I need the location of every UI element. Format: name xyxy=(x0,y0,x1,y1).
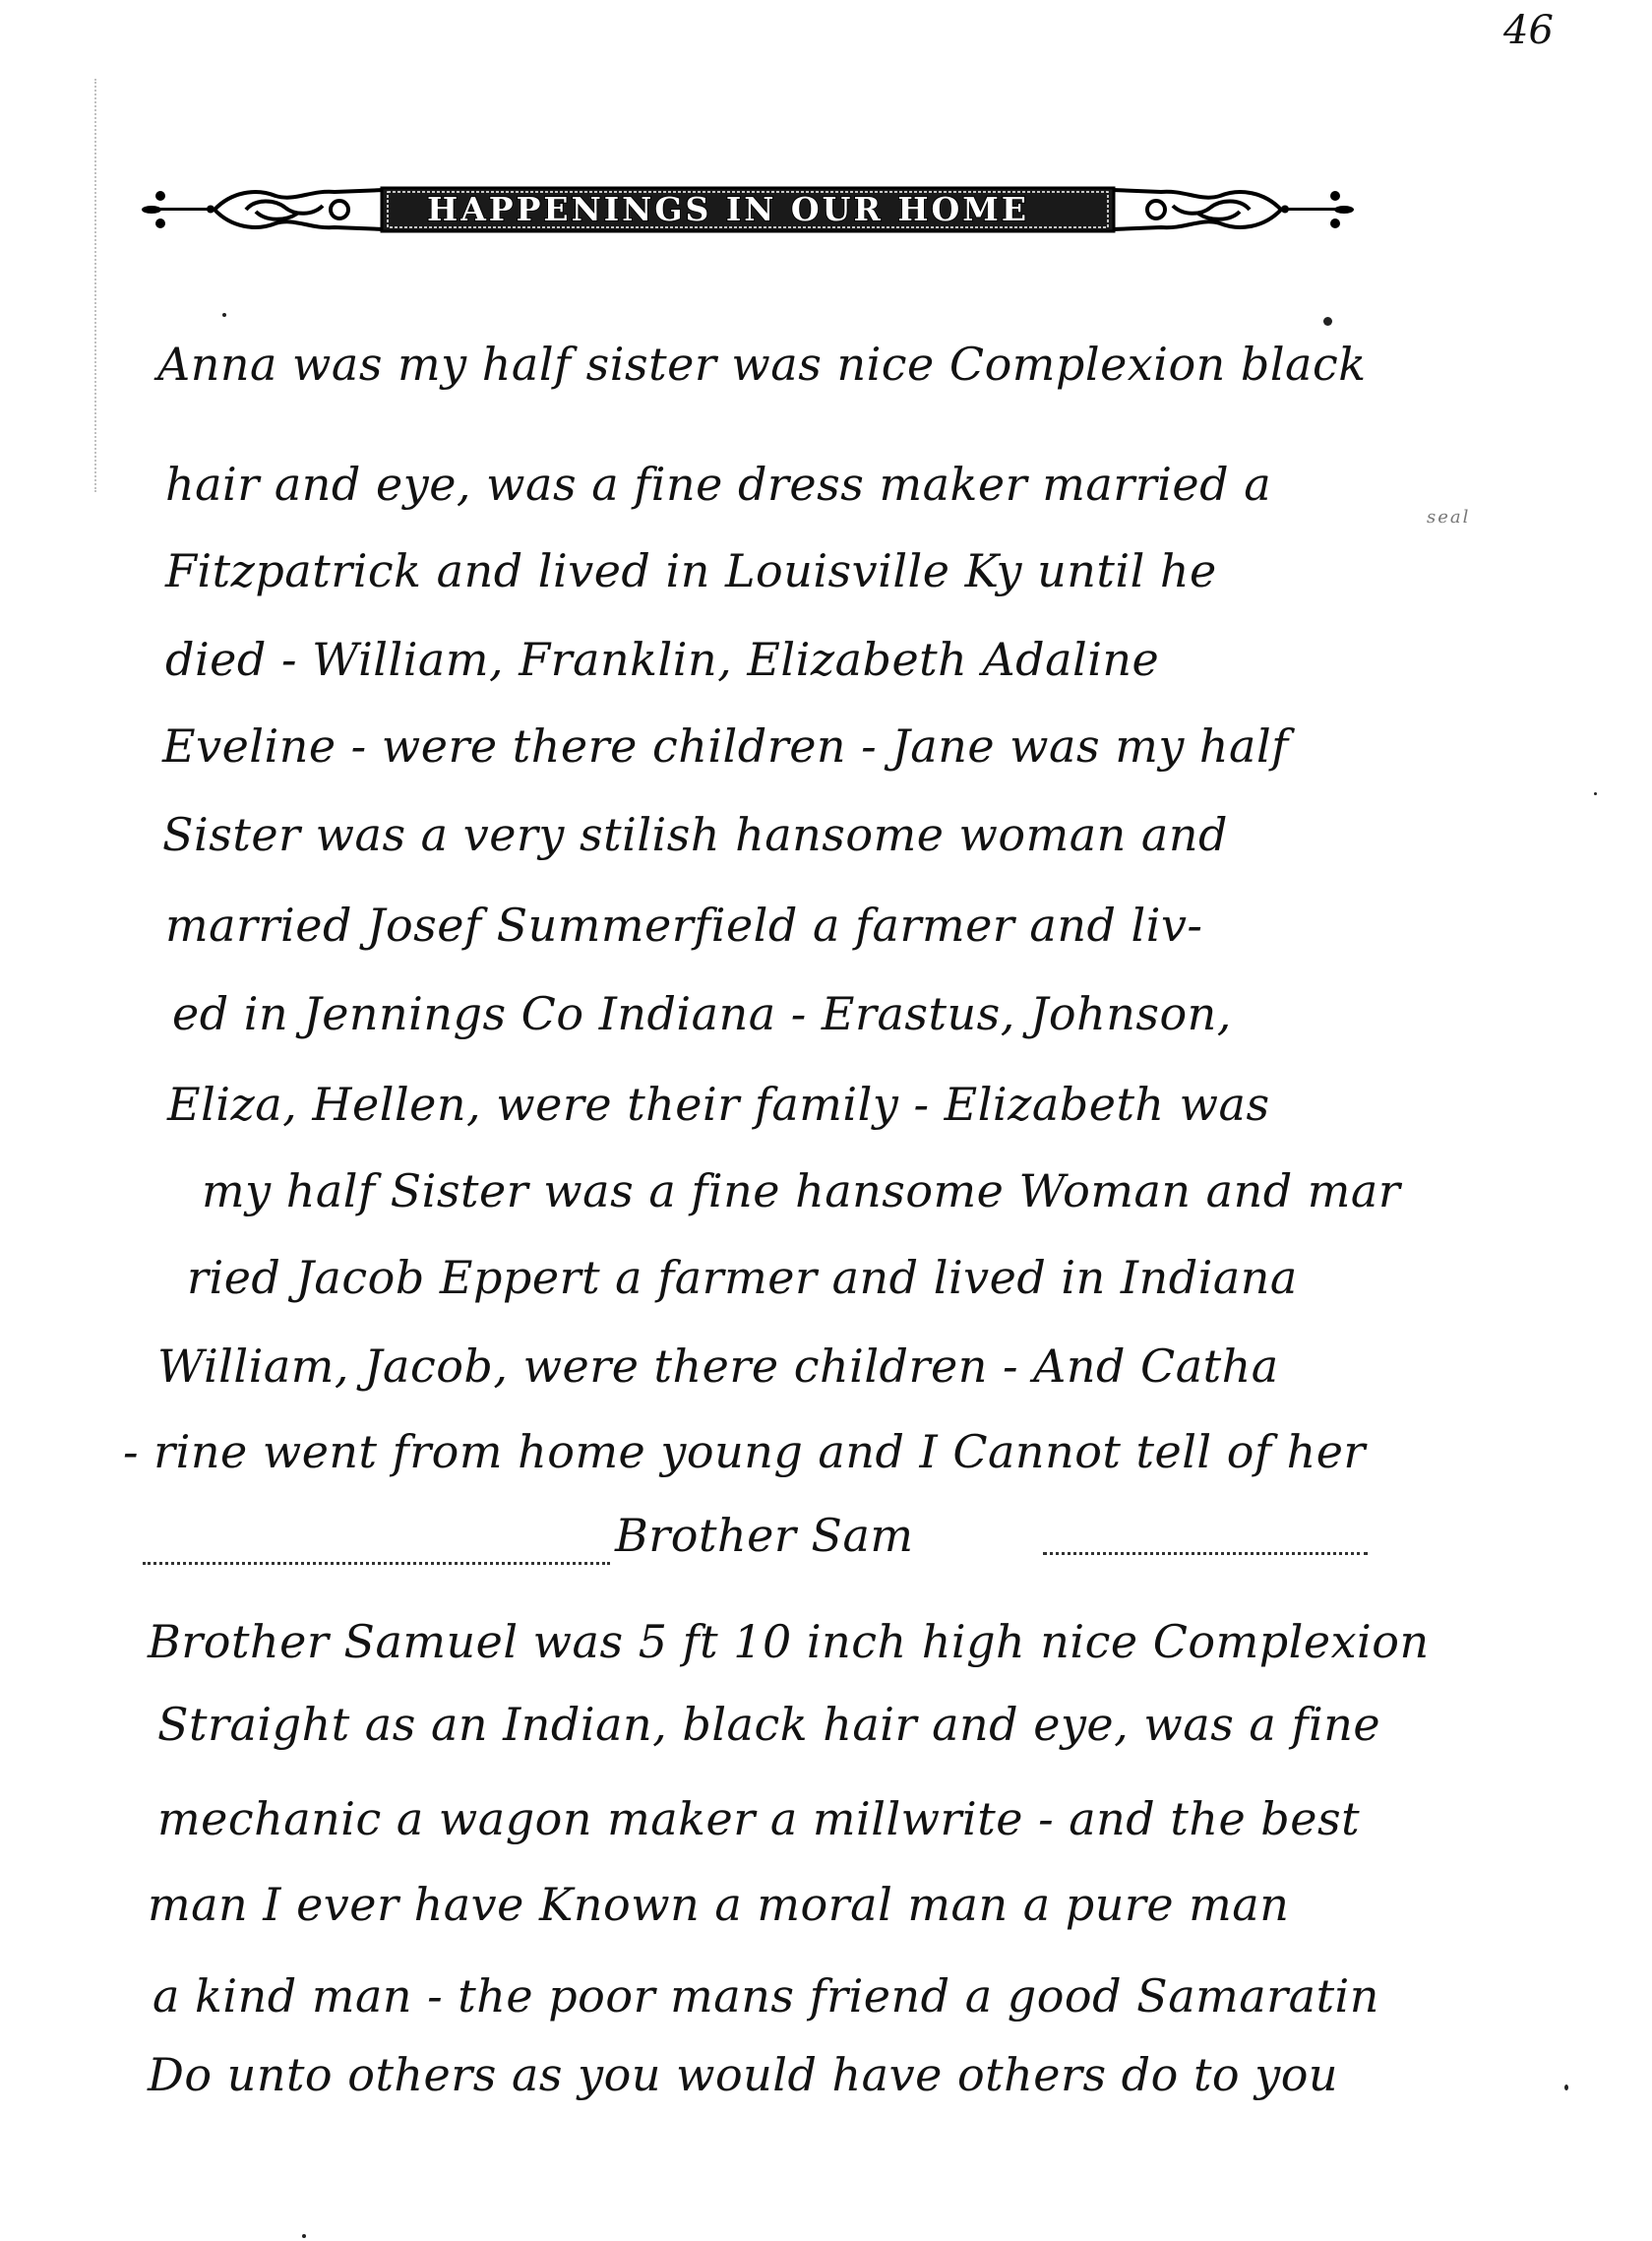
manuscript-line: Eliza, Hellen, were their family - Eliza… xyxy=(167,1075,1270,1134)
manuscript-line: my half Sister was a fine hansome Woman … xyxy=(202,1161,1400,1220)
heading-rule-left xyxy=(143,1562,610,1565)
scan-speck xyxy=(1564,2085,1568,2090)
scan-speck xyxy=(302,2234,306,2238)
heading-rule-right xyxy=(1043,1552,1368,1555)
manuscript-line: Fitzpatrick and lived in Louisville Ky u… xyxy=(165,541,1217,600)
manuscript-line: mechanic a wagon maker a millwrite - and… xyxy=(157,1789,1360,1848)
manuscript-line: a kind man - the poor mans friend a good… xyxy=(153,1966,1379,2025)
scan-speck xyxy=(1323,317,1332,326)
manuscript-line: man I ever have Known a moral man a pure… xyxy=(148,1875,1289,1934)
manuscript-line: hair and eye, was a fine dress maker mar… xyxy=(165,455,1271,514)
manuscript-line: William, Jacob, were there children - An… xyxy=(157,1337,1279,1396)
manuscript-line: - rine went from home young and I Cannot… xyxy=(123,1422,1366,1481)
scan-speck xyxy=(222,313,226,317)
section-heading: Brother Sam xyxy=(615,1506,914,1565)
manuscript-line: ried Jacob Eppert a farmer and lived in … xyxy=(187,1248,1298,1307)
manuscript-line: married Josef Summerfield a farmer and l… xyxy=(165,896,1202,955)
manuscript-body: Anna was my half sister was nice Complex… xyxy=(0,0,1652,2241)
manuscript-line: ed in Jennings Co Indiana - Erastus, Joh… xyxy=(172,984,1232,1043)
manuscript-line: Brother Samuel was 5 ft 10 inch high nic… xyxy=(148,1612,1430,1671)
manuscript-line: Eveline - were there children - Jane was… xyxy=(162,716,1289,776)
manuscript-line: Anna was my half sister was nice Complex… xyxy=(157,335,1367,394)
manuscript-page: 46 xyxy=(0,0,1652,2241)
manuscript-line: died - William, Franklin, Elizabeth Adal… xyxy=(165,630,1159,689)
scan-speck xyxy=(1594,792,1597,795)
manuscript-line: Straight as an Indian, black hair and ey… xyxy=(157,1695,1380,1754)
manuscript-line: Sister was a very stilish hansome woman … xyxy=(162,805,1228,864)
manuscript-line: Do unto others as you would have others … xyxy=(148,2045,1338,2104)
